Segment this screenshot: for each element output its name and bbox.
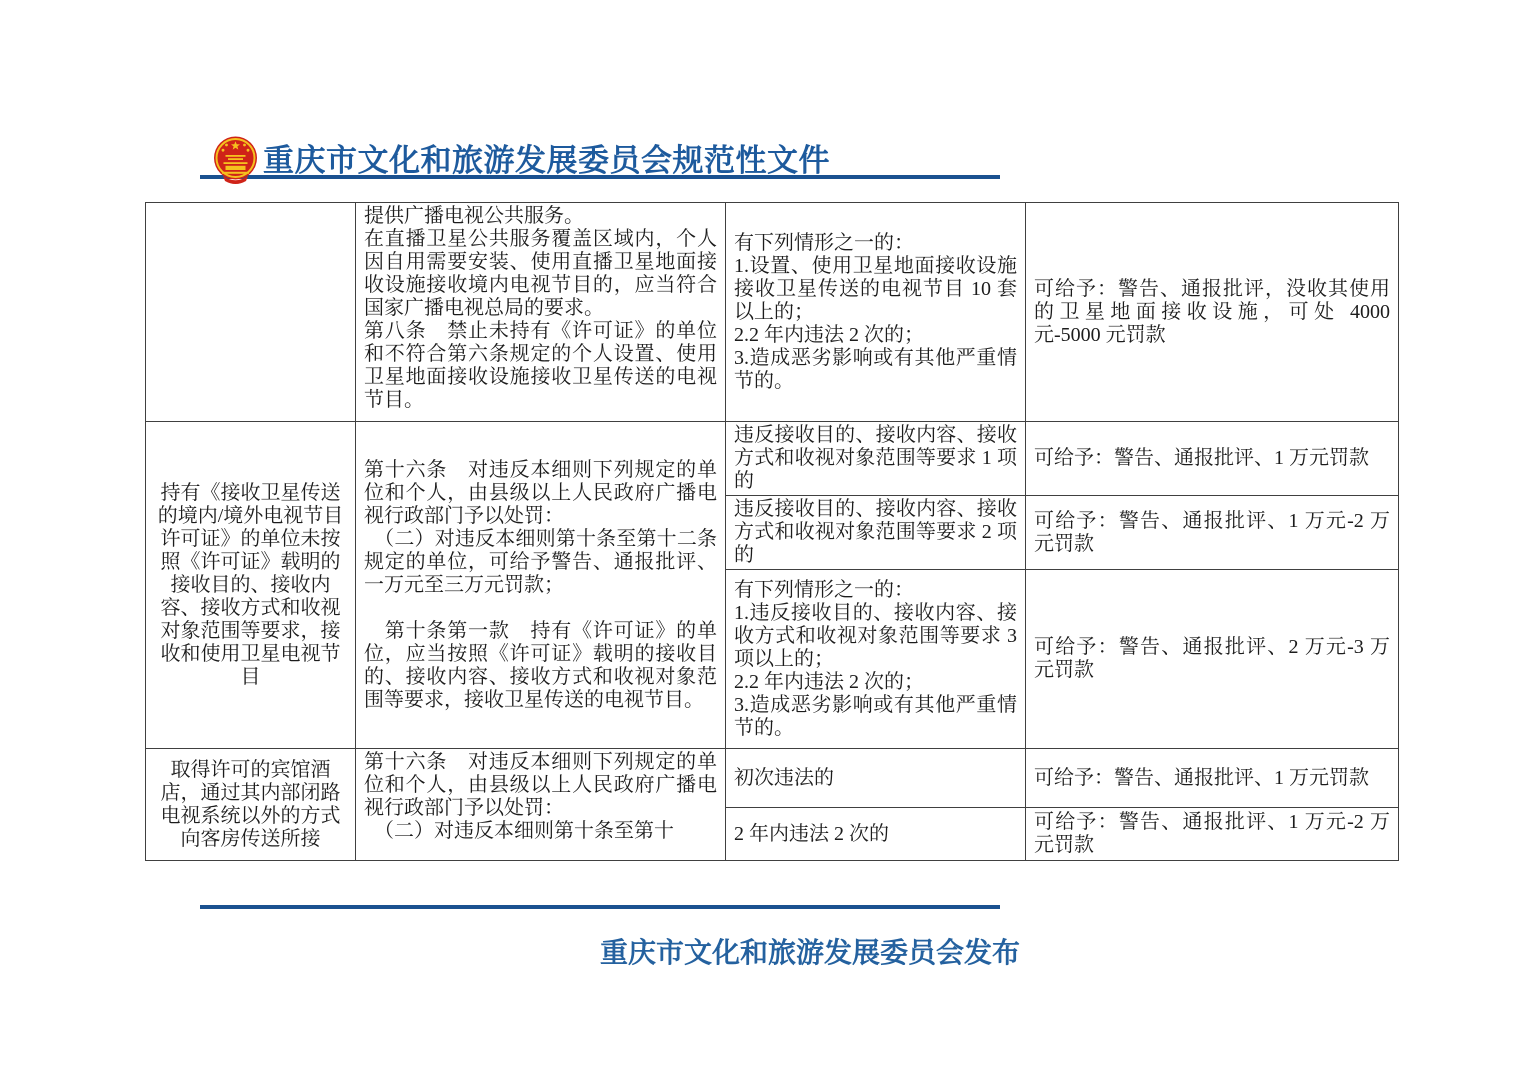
- cell-penalty: 可给予：警告、通报批评、1 万元-2 万元罚款: [1026, 496, 1399, 570]
- cell-violation-subject: [146, 203, 356, 422]
- cell-penalty: 可给予：警告、通报批评、2 万元-3 万元罚款: [1026, 570, 1399, 749]
- cell-violation-circumstance: 违反接收目的、接收内容、接收方式和收视对象范围等要求 2 项的: [726, 496, 1026, 570]
- cell-violation-circumstance: 有下列情形之一的： 1.设置、使用卫星地面接收设施接收卫星传送的电视节目 10 …: [726, 203, 1026, 422]
- table-row: 持有《接收卫星传送的境内/境外电视节目许可证》的单位未按照《许可证》载明的接收目…: [146, 422, 1399, 496]
- document-page: { "header": { "emblem_icon": "china-nati…: [0, 0, 1520, 1074]
- table-row: 提供广播电视公共服务。 在直播卫星公共服务覆盖区域内，个人因自用需要安装、使用直…: [146, 203, 1399, 422]
- cell-violation-subject: 持有《接收卫星传送的境内/境外电视节目许可证》的单位未按照《许可证》载明的接收目…: [146, 422, 356, 749]
- cell-legal-basis: 第十六条 对违反本细则下列规定的单位和个人，由县级以上人民政府广播电视行政部门予…: [356, 749, 726, 861]
- cell-legal-basis: 提供广播电视公共服务。 在直播卫星公共服务覆盖区域内，个人因自用需要安装、使用直…: [356, 203, 726, 422]
- penalty-table: 提供广播电视公共服务。 在直播卫星公共服务覆盖区域内，个人因自用需要安装、使用直…: [145, 202, 1399, 861]
- cell-penalty: 可给予：警告、通报批评、1 万元罚款: [1026, 749, 1399, 808]
- cell-violation-circumstance: 2 年内违法 2 次的: [726, 808, 1026, 861]
- cell-penalty: 可给予：警告、通报批评，没收其使用的卫星地面接收设施，可处 4000 元-500…: [1026, 203, 1399, 422]
- cell-violation-circumstance: 有下列情形之一的： 1.违反接收目的、接收内容、接收方式和收视对象范围等要求 3…: [726, 570, 1026, 749]
- table-row: 取得许可的宾馆酒店，通过其内部闭路电视系统以外的方式向客房传送所接 第十六条 对…: [146, 749, 1399, 808]
- china-national-emblem-icon: [212, 135, 259, 185]
- cell-penalty: 可给予：警告、通报批评、1 万元罚款: [1026, 422, 1399, 496]
- footer-divider: [200, 905, 1000, 909]
- cell-violation-circumstance: 初次违法的: [726, 749, 1026, 808]
- cell-violation-subject: 取得许可的宾馆酒店，通过其内部闭路电视系统以外的方式向客房传送所接: [146, 749, 356, 861]
- cell-violation-circumstance: 违反接收目的、接收内容、接收方式和收视对象范围等要求 1 项的: [726, 422, 1026, 496]
- footer-publisher: 重庆市文化和旅游发展委员会发布: [600, 931, 1020, 971]
- header-divider: [200, 175, 1000, 179]
- header-title: 重庆市文化和旅游发展委员会规范性文件: [263, 135, 830, 180]
- cell-legal-basis: 第十六条 对违反本细则下列规定的单位和个人，由县级以上人民政府广播电视行政部门予…: [356, 422, 726, 749]
- cell-penalty: 可给予：警告、通报批评、1 万元-2 万元罚款: [1026, 808, 1399, 861]
